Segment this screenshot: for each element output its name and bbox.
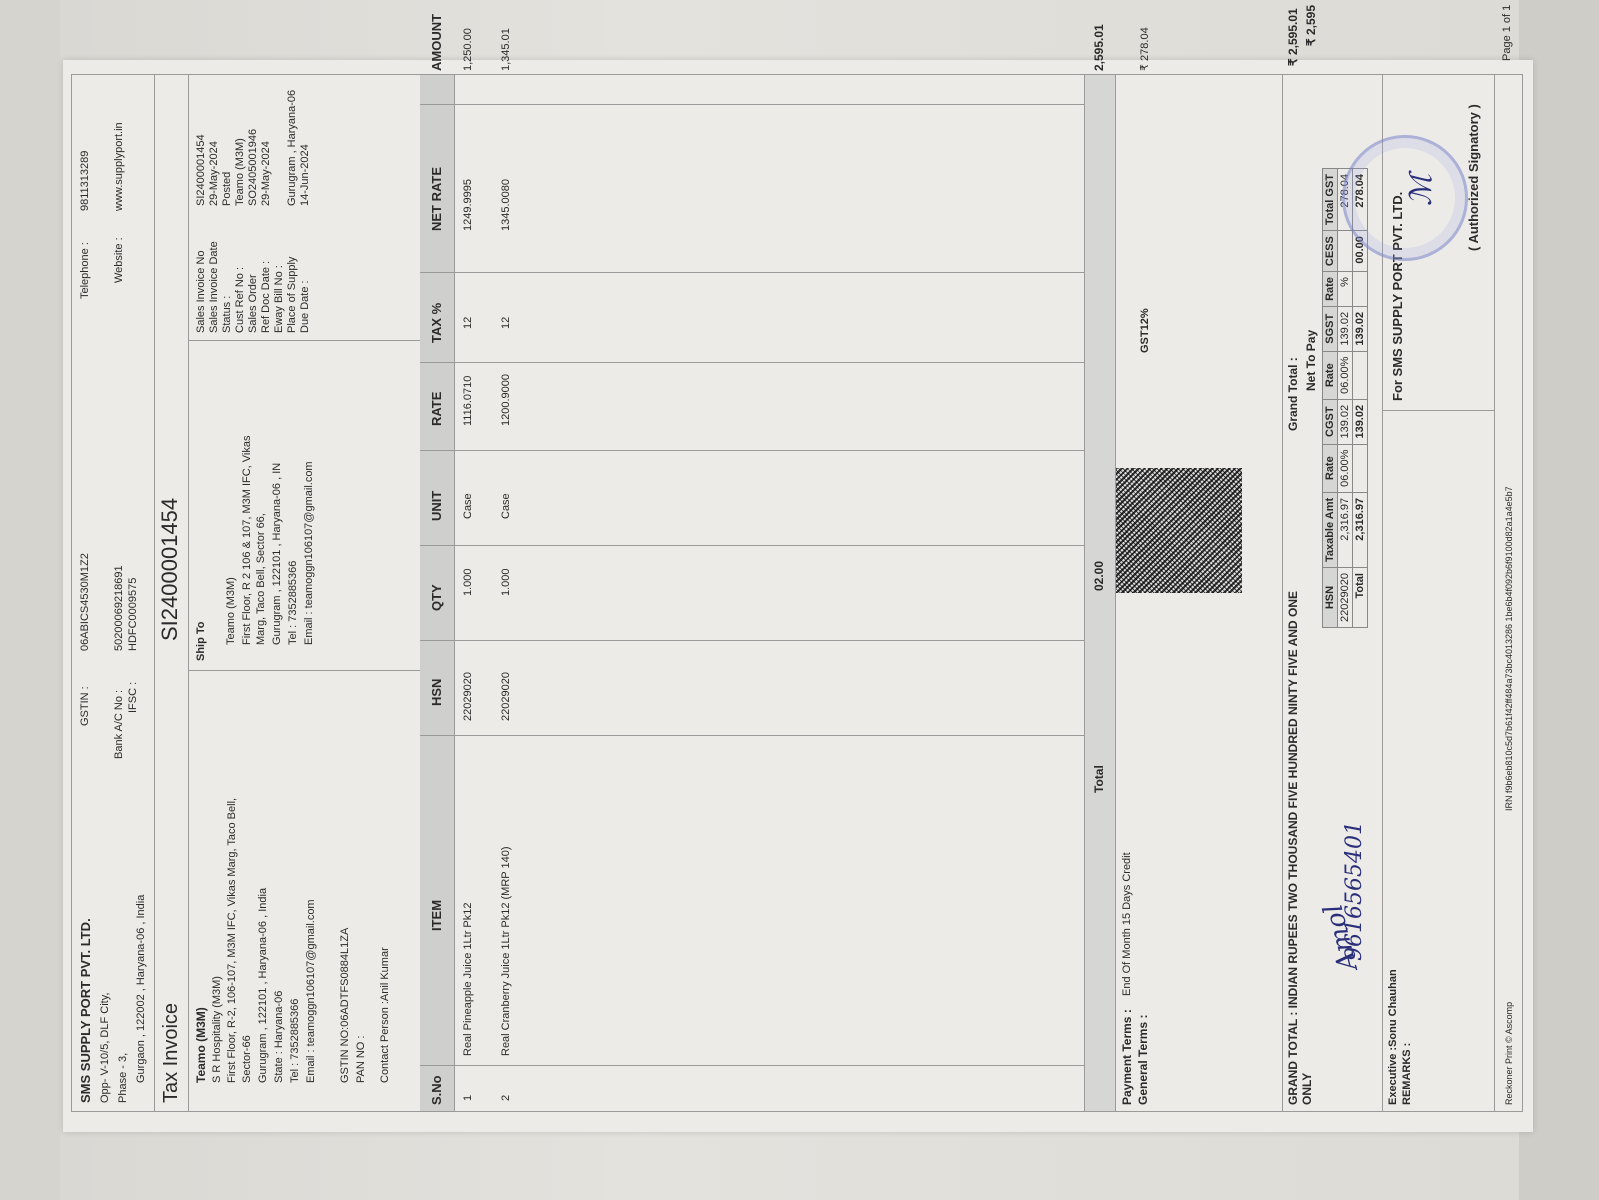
cell-qty: 1.000 <box>462 568 474 596</box>
gst-rate-label: GST12% <box>1138 308 1153 353</box>
background-left <box>0 0 60 1200</box>
ship-to-line: Teamo (M3M) <box>224 577 239 645</box>
gst-cell: HSN <box>1323 568 1338 628</box>
header-tax: TAX % <box>429 303 444 343</box>
header-unit: UNIT <box>429 491 444 521</box>
authorized-signatory: ( Authorized Signatory ) <box>1466 104 1481 251</box>
cell-item: Real Pineapple Juice 1Ltr Pk12 <box>462 903 474 1056</box>
gst-cell: Rate <box>1323 351 1338 399</box>
qr-code <box>1116 468 1242 593</box>
software-credit: Reckoner Print © Ascomp <box>1502 1002 1517 1105</box>
grand-total-label: Grand Total : <box>1286 357 1301 431</box>
page-number: Page 1 of 1 <box>1500 5 1515 61</box>
items-table-body: 1Real Pineapple Juice 1Ltr Pk12220290201… <box>454 75 1084 1111</box>
authorized-signature-scribble: ℳ <box>1404 174 1439 206</box>
total-qty: 02.00 <box>1092 561 1107 591</box>
items-total-row: Total 02.00 2,595.01 <box>1084 75 1116 1111</box>
header-qty: QTY <box>429 584 444 611</box>
bank-account: 50200069218691 <box>112 565 127 651</box>
ship-to-line: First Floor, R 2 106 & 107, M3M IFC, Vik… <box>240 436 255 645</box>
bill-to-contact: Contact Person :Anil Kumar <box>378 947 393 1083</box>
company-address-2: Phase - 3, <box>116 1053 131 1103</box>
bill-to-line: Tel : 7352885366 <box>288 999 303 1083</box>
bill-to-gstin: GSTIN NO:06ADTFS0884L1ZA <box>338 928 353 1083</box>
header-rate: RATE <box>429 392 444 426</box>
gst-cell <box>1338 231 1353 272</box>
gst-cell: 139.02 <box>1338 306 1353 351</box>
payment-terms-value: End Of Month 15 Days Credit <box>1120 852 1135 996</box>
executive-name: Executive :Sonu Chauhan <box>1386 969 1401 1105</box>
cell-tax: 12 <box>462 317 474 329</box>
handwritten-phone: 9616565401 <box>1342 821 1367 961</box>
bill-to-line: First Floor, R-2, 106-107, M3M IFC, Vika… <box>225 798 240 1083</box>
cell-qty: 1.000 <box>500 568 512 596</box>
cell-net-rate: 1249.9995 <box>462 179 474 231</box>
gstin-value: 06ABICS4530M1Z2 <box>78 553 93 651</box>
header-amount: AMOUNT <box>429 14 444 71</box>
gst-cell: Rate <box>1323 272 1338 307</box>
cell-sno: 2 <box>500 1095 512 1101</box>
cell-item: Real Cranberry Juice 1Ltr Pk12 (MRP 140) <box>500 847 512 1057</box>
bill-to-line: State : Haryana-06 <box>272 991 287 1083</box>
meta-value: 14-Jun-2024 <box>298 144 313 206</box>
parties-row: Teamo (M3M) S R Hospitality (M3M) First … <box>188 75 421 1111</box>
company-name: SMS SUPPLY PORT PVT. LTD. <box>78 918 93 1103</box>
general-terms-label: General Terms : <box>1136 1015 1151 1105</box>
telephone-value: 9811313289 <box>78 151 93 211</box>
gst-cell: 139.02 <box>1353 306 1368 351</box>
remarks-label: REMARKS : <box>1400 1043 1415 1105</box>
bank-label: Bank A/C No : <box>112 690 127 759</box>
gst-cell: 06.00% <box>1338 351 1353 399</box>
gst-cell: CGST <box>1323 399 1338 444</box>
gst-cell <box>1353 444 1368 492</box>
total-amount: 2,595.01 <box>1092 24 1107 71</box>
company-address-1: Opp- V-10/5, DLF City, <box>98 993 113 1103</box>
bill-to-line: Sector-66 <box>240 1035 255 1083</box>
gst-cell: 22029020 <box>1338 568 1353 628</box>
net-to-pay-label: Net To Pay <box>1304 330 1319 391</box>
invoice-number: SI2400001454 <box>158 498 182 641</box>
ship-to-line: Email : teamoggn106107@gmail.com <box>302 461 317 645</box>
gst-cell <box>1353 351 1368 399</box>
net-to-pay-value: ₹ 2,595 <box>1304 5 1319 46</box>
cell-amount: 1,250.00 <box>462 28 474 71</box>
payment-terms-label: Payment Terms : <box>1120 1009 1135 1105</box>
terms-row: Payment Terms : End Of Month 15 Days Cre… <box>1114 75 1283 1111</box>
gst-cell: 139.02 <box>1353 399 1368 444</box>
signature-row: Executive :Sonu Chauhan REMARKS : For SM… <box>1382 75 1495 1111</box>
footer-row: Reckoner Print © Ascomp IRN f9b6eb810c5d… <box>1494 75 1522 1111</box>
gst-cell: 06.00% <box>1338 444 1353 492</box>
ship-to-line: Gurugram , 122101 , Haryana-06 , IN <box>270 463 285 645</box>
gst-amount: ₹ 278.04 <box>1138 27 1153 71</box>
header-net-rate: NET RATE <box>429 167 444 231</box>
bill-to-line: S R Hospitality (M3M) <box>210 976 225 1083</box>
gst-cell: 139.02 <box>1338 399 1353 444</box>
cell-hsn: 22029020 <box>462 672 474 721</box>
cell-unit: Case <box>500 493 512 519</box>
header-sno: S.No <box>429 1075 444 1105</box>
gst-cell: Total <box>1353 568 1368 628</box>
website-label: Website : <box>112 237 127 283</box>
cell-net-rate: 1345.0080 <box>500 179 512 231</box>
company-header: SMS SUPPLY PORT PVT. LTD. Opp- V-10/5, D… <box>72 75 155 1111</box>
cell-sno: 1 <box>462 1095 474 1101</box>
ifsc-label: IFSC : <box>126 682 141 713</box>
bill-to-line: Email : teamoggn106107@gmail.com <box>304 899 319 1083</box>
title-row: Tax Invoice SI2400001454 Original <box>154 75 189 1111</box>
gst-cell: CESS <box>1323 231 1338 272</box>
cell-unit: Case <box>462 493 474 519</box>
ship-to-line: Tel : 7352885366 <box>286 561 301 645</box>
gst-cell: 2,316.97 <box>1338 492 1353 567</box>
amount-in-words: GRAND TOTAL : INDIAN RUPEES TWO THOUSAND… <box>1286 591 1301 1105</box>
gst-cell <box>1353 272 1368 307</box>
ship-to-heading: Ship To <box>194 621 209 661</box>
header-item: ITEM <box>429 900 444 931</box>
ship-to-line: Marg, Taco Bell, Sector 66, <box>254 513 269 645</box>
gst-cell: 2,316.97 <box>1353 492 1368 567</box>
document-title: Tax Invoice <box>160 1003 182 1103</box>
gst-cell: Total GST <box>1323 168 1338 230</box>
cell-amount: 1,345.01 <box>500 28 512 71</box>
ifsc-value: HDFC0009575 <box>126 578 141 651</box>
cell-hsn: 22029020 <box>500 672 512 721</box>
grand-total-value: ₹ 2,595.01 <box>1286 8 1301 66</box>
header-hsn: HSN <box>429 679 444 706</box>
telephone-label: Telephone : <box>78 242 93 299</box>
cell-rate: 1200.9000 <box>500 374 512 426</box>
cell-rate: 1116.0710 <box>462 376 474 426</box>
items-table-header: S.No ITEM HSN QTY UNIT RATE TAX % NET RA… <box>420 75 455 1111</box>
invoice-sheet: SMS SUPPLY PORT PVT. LTD. Opp- V-10/5, D… <box>71 74 1523 1112</box>
meta-label: Due Date : <box>298 280 313 333</box>
bill-to-pan: PAN NO : <box>354 1036 369 1083</box>
gst-cell: % <box>1338 272 1353 307</box>
gst-cell: Rate <box>1323 444 1338 492</box>
gstin-label: GSTIN : <box>78 686 93 726</box>
gst-cell: SGST <box>1323 306 1338 351</box>
irn-number: IRN f9b6eb810c5d7b61f42ff484a73bc4013286… <box>1502 486 1517 811</box>
website-value: www.supplyport.in <box>112 122 127 211</box>
cell-tax: 12 <box>500 317 512 329</box>
gst-cell: Taxable Amt <box>1323 492 1338 567</box>
company-address-3: Gurgaon , 122002 , Haryana-06 , India <box>134 895 149 1083</box>
amount-in-words-2: ONLY <box>1300 1073 1315 1105</box>
bill-to-line: Gurugram , 122101 , Haryana-06 , India <box>256 888 271 1083</box>
bill-to-name: Teamo (M3M) <box>194 1007 209 1083</box>
total-label: Total <box>1092 765 1107 793</box>
meta-value: 29-May-2024 <box>259 141 274 206</box>
invoice-paper: SMS SUPPLY PORT PVT. LTD. Opp- V-10/5, D… <box>63 60 1533 1132</box>
